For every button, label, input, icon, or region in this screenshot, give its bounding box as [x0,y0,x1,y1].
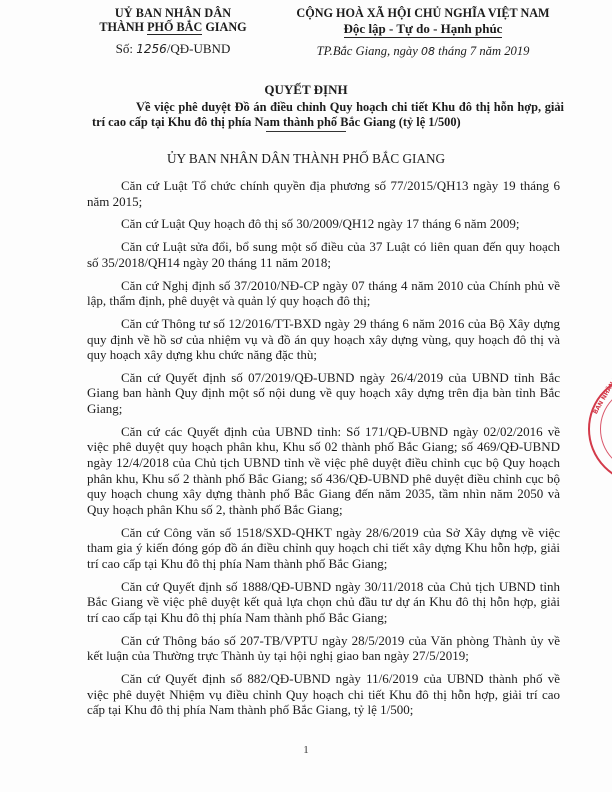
document-number: Số: 1256/QĐ-UBND [78,41,268,57]
issuer-line-2-underlined: PHỐ BẮC [147,20,202,35]
handwritten-day: 08 [421,45,435,58]
place-date: TP.Bắc Giang, ngày 08 tháng 7 năm 2019 [268,43,578,60]
legal-basis-paragraph: Căn cứ Luật Tổ chức chính quyền địa phươ… [87,178,560,209]
document-title: QUYẾT ĐỊNH [0,82,612,97]
legal-basis-paragraph: Căn cứ Quyết định số 07/2019/QĐ-UBND ngà… [87,370,560,417]
legal-basis-paragraph: Căn cứ các Quyết định của UBND tỉnh: Số … [87,424,560,518]
issuer-line-2: THÀNH PHỐ BẮC GIANG [78,20,268,34]
issuer-line-2-pre: THÀNH [99,20,147,34]
issuing-authority-block: UỶ BAN NHÂN DÂN THÀNH PHỐ BẮC GIANG Số: … [78,6,268,57]
legal-basis-paragraph: Căn cứ Nghị định số 37/2010/NĐ-CP ngày 0… [87,278,560,309]
legal-basis-paragraph: Căn cứ Quyết định số 882/QĐ-UBND ngày 11… [87,671,560,718]
official-seal-stamp-icon: BAN NHÂN DÂN THÀNH [588,374,612,484]
legal-basis-paragraph: Căn cứ Công văn số 1518/SXD-QHKT ngày 28… [87,525,560,572]
stamp-text: BAN NHÂN DÂN THÀNH [592,344,612,416]
document-page: UỶ BAN NHÂN DÂN THÀNH PHỐ BẮC GIANG Số: … [0,0,612,792]
handwritten-number: 1256 [136,42,167,56]
document-subject: Về việc phê duyệt Đồ án điều chỉnh Quy h… [92,100,564,130]
legal-basis-paragraph: Căn cứ Luật sửa đổi, bổ sung một số điều… [87,239,560,270]
legal-basis-paragraph: Căn cứ Thông tư số 12/2016/TT-BXD ngày 2… [87,316,560,363]
date-suffix: tháng 7 năm 2019 [435,44,529,58]
issuer-line-2-post: GIANG [202,20,246,34]
page-number: 1 [0,744,612,756]
legal-basis-paragraph: Căn cứ Luật Quy hoạch đô thị số 30/2009/… [87,216,560,232]
authority-heading: ỦY BAN NHÂN DÂN THÀNH PHỐ BẮC GIANG [0,151,612,167]
national-header-block: CỘNG HOÀ XÃ HỘI CHỦ NGHĨA VIỆT NAM Độc l… [268,6,578,60]
subject-divider [266,131,346,132]
document-body: Căn cứ Luật Tổ chức chính quyền địa phươ… [87,178,560,725]
date-prefix: TP.Bắc Giang, ngày [317,44,421,58]
number-prefix: Số: [116,41,137,56]
national-motto: Độc lập - Tự do - Hạnh phúc [344,21,503,38]
issuer-line-1: UỶ BAN NHÂN DÂN [78,6,268,20]
legal-basis-paragraph: Căn cứ Quyết định số 1888/QĐ-UBND ngày 3… [87,579,560,626]
number-suffix: /QĐ-UBND [167,41,231,56]
nation-name: CỘNG HOÀ XÃ HỘI CHỦ NGHĨA VIỆT NAM [268,6,578,20]
legal-basis-paragraph: Căn cứ Thông báo số 207-TB/VPTU ngày 28/… [87,633,560,664]
